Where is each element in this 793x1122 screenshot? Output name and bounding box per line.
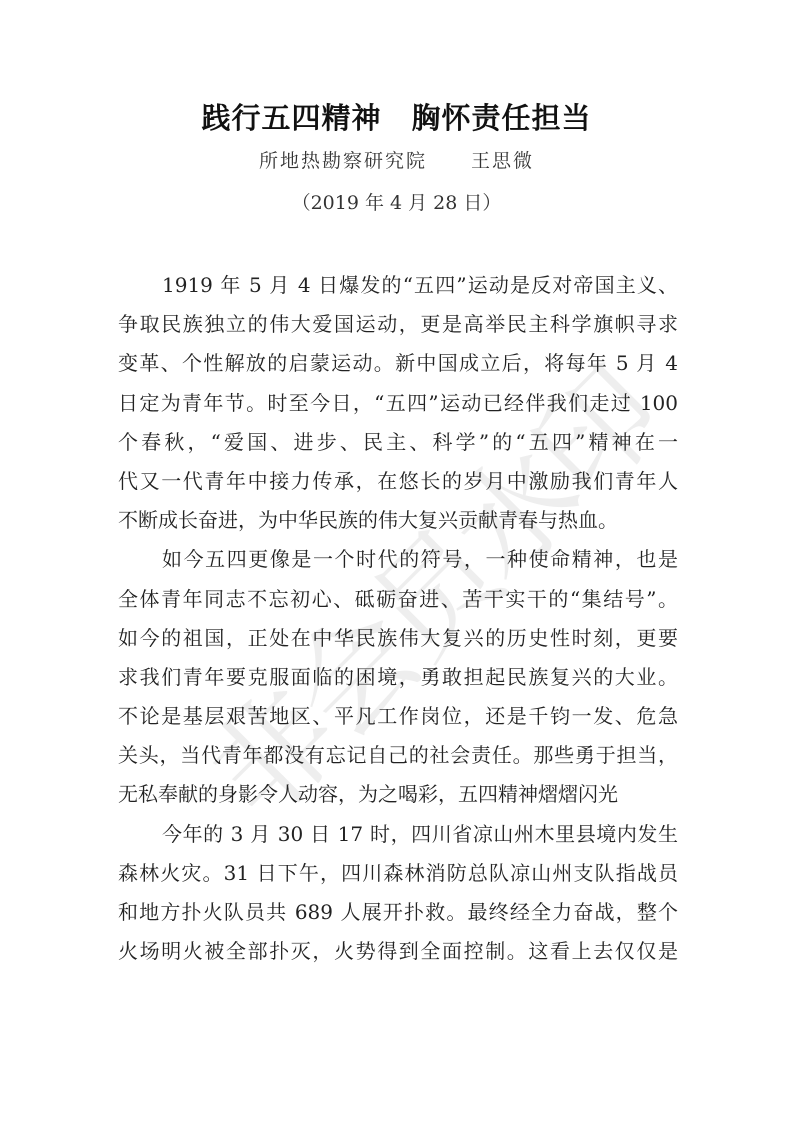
byline: 所地热勘察研究院王思微 (0, 146, 793, 173)
paragraph-line: 和地方扑火队员共 689 人展开扑救。最终经全力奋战，整个 (118, 893, 678, 932)
paragraph-line: 如今的祖国，正处在中华民族伟大复兴的历史性时刻，更要 (118, 619, 678, 658)
paragraph-line: 全体青年同志不忘初心、砥砺奋进、苦干实干的“集结号”。 (118, 580, 678, 619)
document-title: 践行五四精神胸怀责任担当 (0, 96, 793, 137)
paragraph-line: 争取民族独立的伟大爱国运动，更是高举民主科学旗帜寻求 (118, 305, 678, 344)
paragraph-1: 1919 年 5 月 4 日爆发的“五四”运动是反对帝国主义、 争取民族独立的伟… (118, 266, 678, 540)
paragraph-2: 如今五四更像是一个时代的符号，一种使命精神，也是 全体青年同志不忘初心、砥砺奋进… (118, 540, 678, 814)
document-date: （2019 年 4 月 28 日） (0, 188, 793, 215)
document-body: 1919 年 5 月 4 日爆发的“五四”运动是反对帝国主义、 争取民族独立的伟… (118, 266, 678, 971)
paragraph-line: 关头，当代青年都没有忘记自己的社会责任。那些勇于担当， (118, 736, 678, 775)
paragraph-line: 无私奉献的身影令人动容，为之喝彩，五四精神熠熠闪光 (118, 775, 678, 814)
paragraph-line: 火场明火被全部扑灭，火势得到全面控制。这看上去仅仅是 (118, 932, 678, 971)
document-page: 非会员水印 践行五四精神胸怀责任担当 所地热勘察研究院王思微 （2019 年 4… (0, 0, 793, 1122)
title-part-1: 践行五四精神 (201, 101, 381, 135)
paragraph-line: 求我们青年要克服面临的困境，勇敢担起民族复兴的大业。 (118, 658, 678, 697)
paragraph-line: 代又一代青年中接力传承，在悠长的岁月中激励我们青年人 (118, 462, 678, 501)
paragraph-line: 不论是基层艰苦地区、平凡工作岗位，还是千钧一发、危急 (118, 697, 678, 736)
paragraph-line: 1919 年 5 月 4 日爆发的“五四”运动是反对帝国主义、 (118, 266, 678, 305)
paragraph-line: 变革、个性解放的启蒙运动。新中国成立后，将每年 5 月 4 (118, 344, 678, 383)
byline-organization: 所地热勘察研究院 (259, 150, 427, 172)
byline-author: 王思微 (471, 150, 534, 172)
paragraph-line: 个春秋，“爱国、进步、民主、科学”的“五四”精神在一 (118, 423, 678, 462)
paragraph-line: 森林火灾。31 日下午，四川森林消防总队凉山州支队指战员 (118, 854, 678, 893)
paragraph-line: 不断成长奋进，为中华民族的伟大复兴贡献青春与热血。 (118, 501, 678, 540)
paragraph-line: 今年的 3 月 30 日 17 时，四川省凉山州木里县境内发生 (118, 815, 678, 854)
paragraph-line: 如今五四更像是一个时代的符号，一种使命精神，也是 (118, 540, 678, 579)
paragraph-3: 今年的 3 月 30 日 17 时，四川省凉山州木里县境内发生 森林火灾。31 … (118, 815, 678, 972)
title-part-2: 胸怀责任担当 (412, 101, 592, 135)
paragraph-line: 日定为青年节。时至今日，“五四”运动已经伴我们走过 100 (118, 384, 678, 423)
